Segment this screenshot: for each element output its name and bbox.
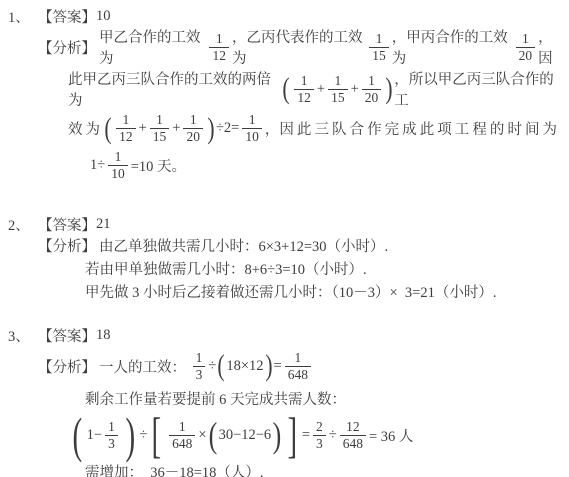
fraction-numerator: 1 (369, 31, 389, 47)
fraction-denominator: 648 (340, 435, 366, 452)
answer-label: 【答案】 (38, 6, 96, 27)
text-run: = (274, 358, 282, 375)
problem-number: 2、 (8, 214, 38, 235)
text-run: ，因 (538, 26, 565, 68)
text-run: + (351, 81, 359, 98)
fraction-denominator: 20 (183, 128, 203, 145)
text-run: ÷ (140, 427, 148, 444)
analysis-line: 【分析】甲乙合作的工效为112，乙丙代表作的工效为115，甲丙合作的工效为120… (38, 26, 565, 68)
text-run: 一人的工效： (99, 356, 190, 377)
fraction: 115 (150, 112, 170, 144)
problem-3: 3、 【答案】 18 【分析】一人的工效： 13÷(18×12)=1648剩余工… (8, 325, 565, 477)
document: 1、 【答案】 10 【分析】甲乙合作的工效为112，乙丙代表作的工效为115，… (0, 0, 569, 477)
fraction-denominator: 10 (108, 165, 128, 182)
fraction: 110 (242, 112, 262, 144)
fraction-numerator: 1 (242, 112, 262, 128)
fraction-denominator: 15 (150, 128, 170, 145)
fraction: 120 (183, 112, 203, 144)
answer-value: 10 (96, 8, 111, 25)
analysis-line: 若由甲单独做需几小时：8+6÷3=10（小时）. (85, 257, 565, 280)
text-run: 18×12 (226, 358, 263, 375)
fraction: 115 (369, 31, 389, 63)
fraction-numerator: 1 (362, 73, 382, 89)
text-run: ， (265, 118, 280, 139)
fraction-numerator: 1 (105, 419, 118, 435)
text-run: 甲乙合作的工效为 (99, 26, 206, 68)
fraction: 23 (313, 419, 326, 451)
text-run: 需增加： 36－18=18（人）. (85, 461, 264, 477)
fraction-numerator: 1 (209, 31, 229, 47)
fraction: 1648 (169, 419, 195, 451)
text-run: 由乙单独做共需几小时：6×3+12=30（小时）. (99, 235, 388, 256)
analysis-line: 甲先做 3 小时后乙接着做还需几小时：（10－3）× 3=21（小时）. (85, 280, 565, 303)
text-run: 1÷ (90, 157, 105, 174)
fraction-denominator: 15 (328, 89, 348, 106)
fraction-numerator: 2 (313, 419, 326, 435)
fraction-numerator: 1 (516, 31, 536, 47)
fraction-denominator: 15 (369, 47, 389, 64)
text-run: + (172, 120, 180, 137)
analysis-line: 【分析】一人的工效： 13÷(18×12)=1648 (38, 345, 565, 387)
fraction-denominator: 10 (242, 128, 262, 145)
fraction-denominator: 3 (313, 435, 326, 452)
fraction: 110 (108, 149, 128, 181)
fraction: 1648 (285, 350, 311, 382)
fraction: 112 (294, 73, 314, 105)
fraction-denominator: 20 (516, 47, 536, 64)
text-run: ÷ (329, 427, 337, 444)
fraction: 112 (209, 31, 229, 63)
answer-row: 2、 【答案】 21 (8, 214, 565, 234)
answer-label: 【答案】 (38, 214, 96, 235)
fraction-numerator: 1 (285, 350, 311, 366)
text-run: + (317, 81, 325, 98)
fraction-numerator: 1 (294, 73, 314, 89)
text-run: 效为 (68, 118, 103, 139)
fraction-denominator: 3 (193, 366, 206, 383)
text-run: = (302, 427, 310, 444)
fraction-numerator: 1 (193, 350, 206, 366)
fraction: 13 (105, 419, 118, 451)
text-run: 若由甲单独做需几小时：8+6÷3=10（小时）. (85, 258, 367, 279)
text-run: + (139, 120, 147, 137)
fraction-denominator: 12 (294, 89, 314, 106)
fraction-numerator: 1 (169, 419, 195, 435)
answer-row: 1、 【答案】 10 (8, 6, 565, 26)
analysis-lines: 【分析】一人的工效： 13÷(18×12)=1648剩余工作量若要提前 6 天完… (8, 345, 565, 477)
text-run: 甲先做 3 小时后乙接着做还需几小时：（10－3）× 3=21（小时）. (85, 281, 496, 302)
fraction-numerator: 1 (183, 112, 203, 128)
fraction-denominator: 3 (105, 435, 118, 452)
text-run: ÷ (208, 358, 216, 375)
fraction: 120 (516, 31, 536, 63)
fraction-numerator: 1 (108, 149, 128, 165)
text-run: ，所以甲乙丙三队合作的工 (394, 68, 565, 110)
analysis-lines: 【分析】由乙单独做共需几小时：6×3+12=30（小时）.若由甲单独做需几小时：… (8, 234, 565, 303)
fraction-denominator: 20 (362, 89, 382, 106)
analysis-lines: 【分析】甲乙合作的工效为112，乙丙代表作的工效为115，甲丙合作的工效为120… (8, 26, 565, 184)
fraction-denominator: 648 (285, 366, 311, 383)
analysis-line: 1÷110=10 天。 (90, 147, 565, 184)
text-run: =10 天。 (131, 155, 186, 176)
fraction-denominator: 12 (209, 47, 229, 64)
fraction-denominator: 648 (169, 435, 195, 452)
answer-value: 21 (96, 216, 111, 233)
problem-1: 1、 【答案】 10 【分析】甲乙合作的工效为112，乙丙代表作的工效为115，… (8, 6, 565, 184)
analysis-line: 效为(112+115+120)÷2=110，因此三队合作完成此项工程的时间为 (68, 110, 565, 147)
text-run: ÷2= (216, 120, 239, 137)
analysis-label: 【分析】 (38, 37, 96, 58)
text-run: ，乙丙代表作的工效为 (232, 26, 366, 68)
fraction: 115 (328, 73, 348, 105)
analysis-label: 【分析】 (38, 235, 96, 256)
text-run: 1− (87, 427, 102, 444)
fraction-numerator: 1 (150, 112, 170, 128)
analysis-line: 【分析】由乙单独做共需几小时：6×3+12=30（小时）. (38, 234, 565, 257)
text-run: 30−12−6 (219, 427, 272, 444)
fraction-numerator: 1 (328, 73, 348, 89)
fraction-numerator: 12 (340, 419, 366, 435)
text-run: 此甲乙丙三队合作的工效的两倍为 (68, 68, 281, 110)
fraction: 13 (193, 350, 206, 382)
fraction: 120 (362, 73, 382, 105)
fraction-numerator: 1 (116, 112, 136, 128)
answer-value: 18 (96, 327, 111, 344)
problem-2: 2、 【答案】 21 【分析】由乙单独做共需几小时：6×3+12=30（小时）.… (8, 214, 565, 303)
text-run: ，甲丙合作的工效为 (392, 26, 513, 68)
text-run: 剩余工作量若要提前 6 天完成共需人数： (85, 388, 346, 409)
answer-label: 【答案】 (38, 325, 96, 346)
analysis-label: 【分析】 (38, 356, 96, 377)
fraction-denominator: 12 (116, 128, 136, 145)
text-run: 因此三队合作完成此项工程的时间为 (279, 118, 560, 139)
answer-row: 3、 【答案】 18 (8, 325, 565, 345)
text-run: × (198, 427, 206, 444)
problem-number: 3、 (8, 325, 38, 346)
text-run: = 36 人 (369, 425, 413, 446)
analysis-line: 此甲乙丙三队合作的工效的两倍为(112+115+120)，所以甲乙丙三队合作的工 (68, 68, 565, 110)
analysis-line: (1−13)÷[1648×(30−12−6)]=23÷12648= 36 人 (68, 410, 565, 460)
fraction: 112 (116, 112, 136, 144)
fraction: 12648 (340, 419, 366, 451)
problem-number: 1、 (8, 6, 38, 27)
